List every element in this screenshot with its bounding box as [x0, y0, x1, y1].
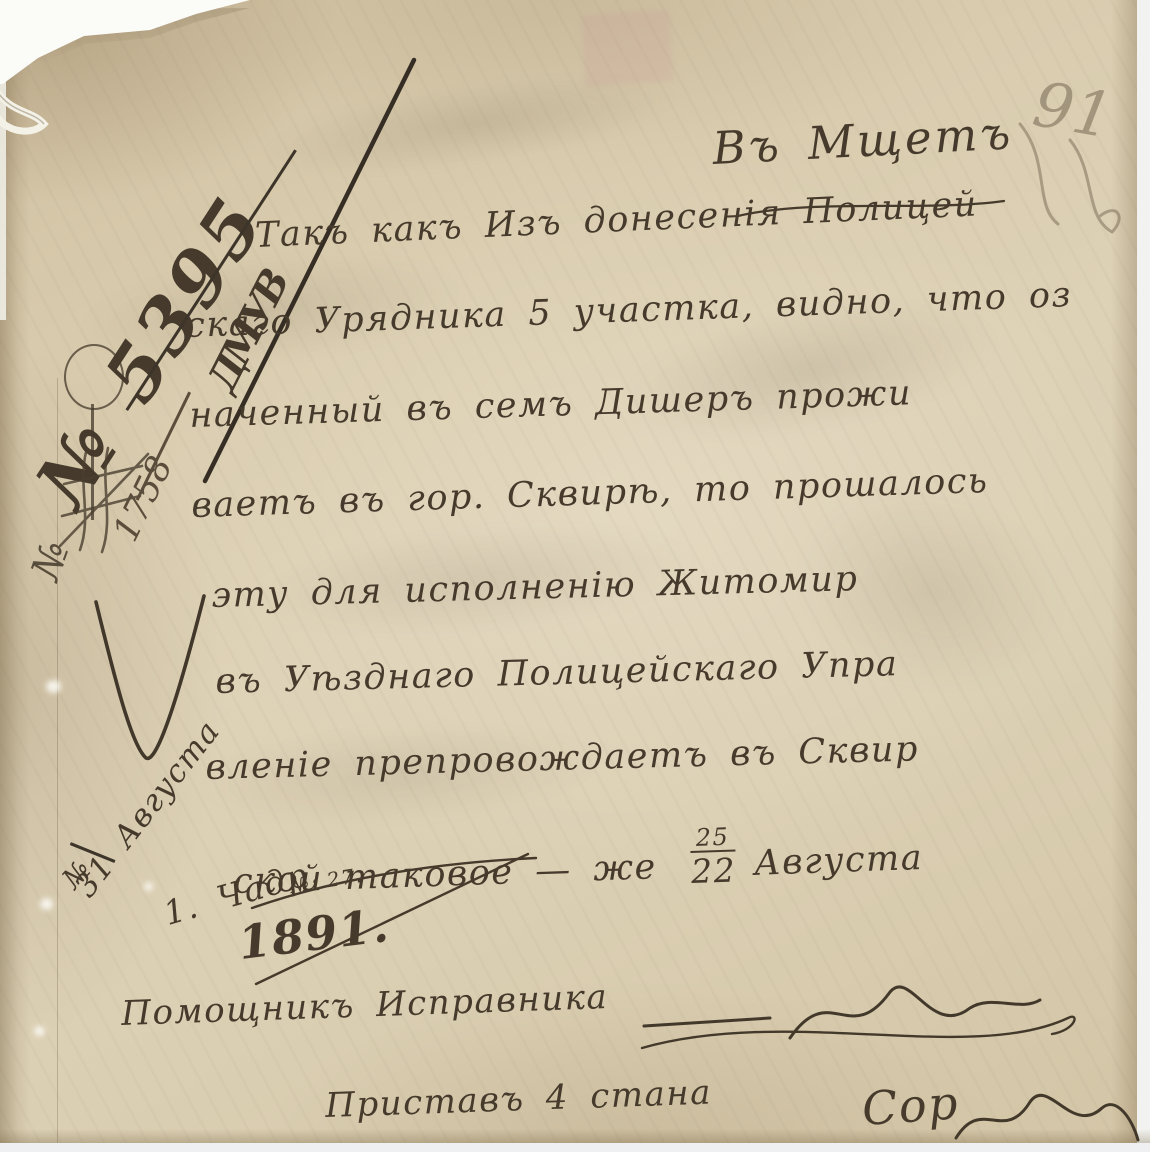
fraction-denominator: 22 — [690, 851, 737, 888]
glare-spot — [34, 1026, 45, 1036]
signature-1-flourish — [640, 978, 1100, 1073]
document-scan: № 5395 ДМУВ Въ Мщетъ 91 Такъ какъ Изъ до… — [0, 0, 1150, 1152]
right-edge — [1137, 0, 1150, 1152]
stamp-smudge — [581, 9, 674, 87]
date-fraction: 2522 — [689, 824, 737, 888]
margin-note-flourish — [250, 848, 540, 988]
date-month: Августа — [753, 838, 923, 884]
pencil-flourish — [1000, 120, 1130, 240]
signature-2-flourish — [952, 1078, 1142, 1152]
binding-thread — [0, 84, 66, 146]
fraction-numerator: 25 — [689, 824, 735, 853]
glare-spot — [40, 898, 53, 910]
margin-circle-mark — [64, 344, 124, 410]
signature-2: Сор — [860, 1075, 960, 1136]
glare-spot — [144, 882, 153, 891]
glare-spot — [46, 680, 61, 693]
